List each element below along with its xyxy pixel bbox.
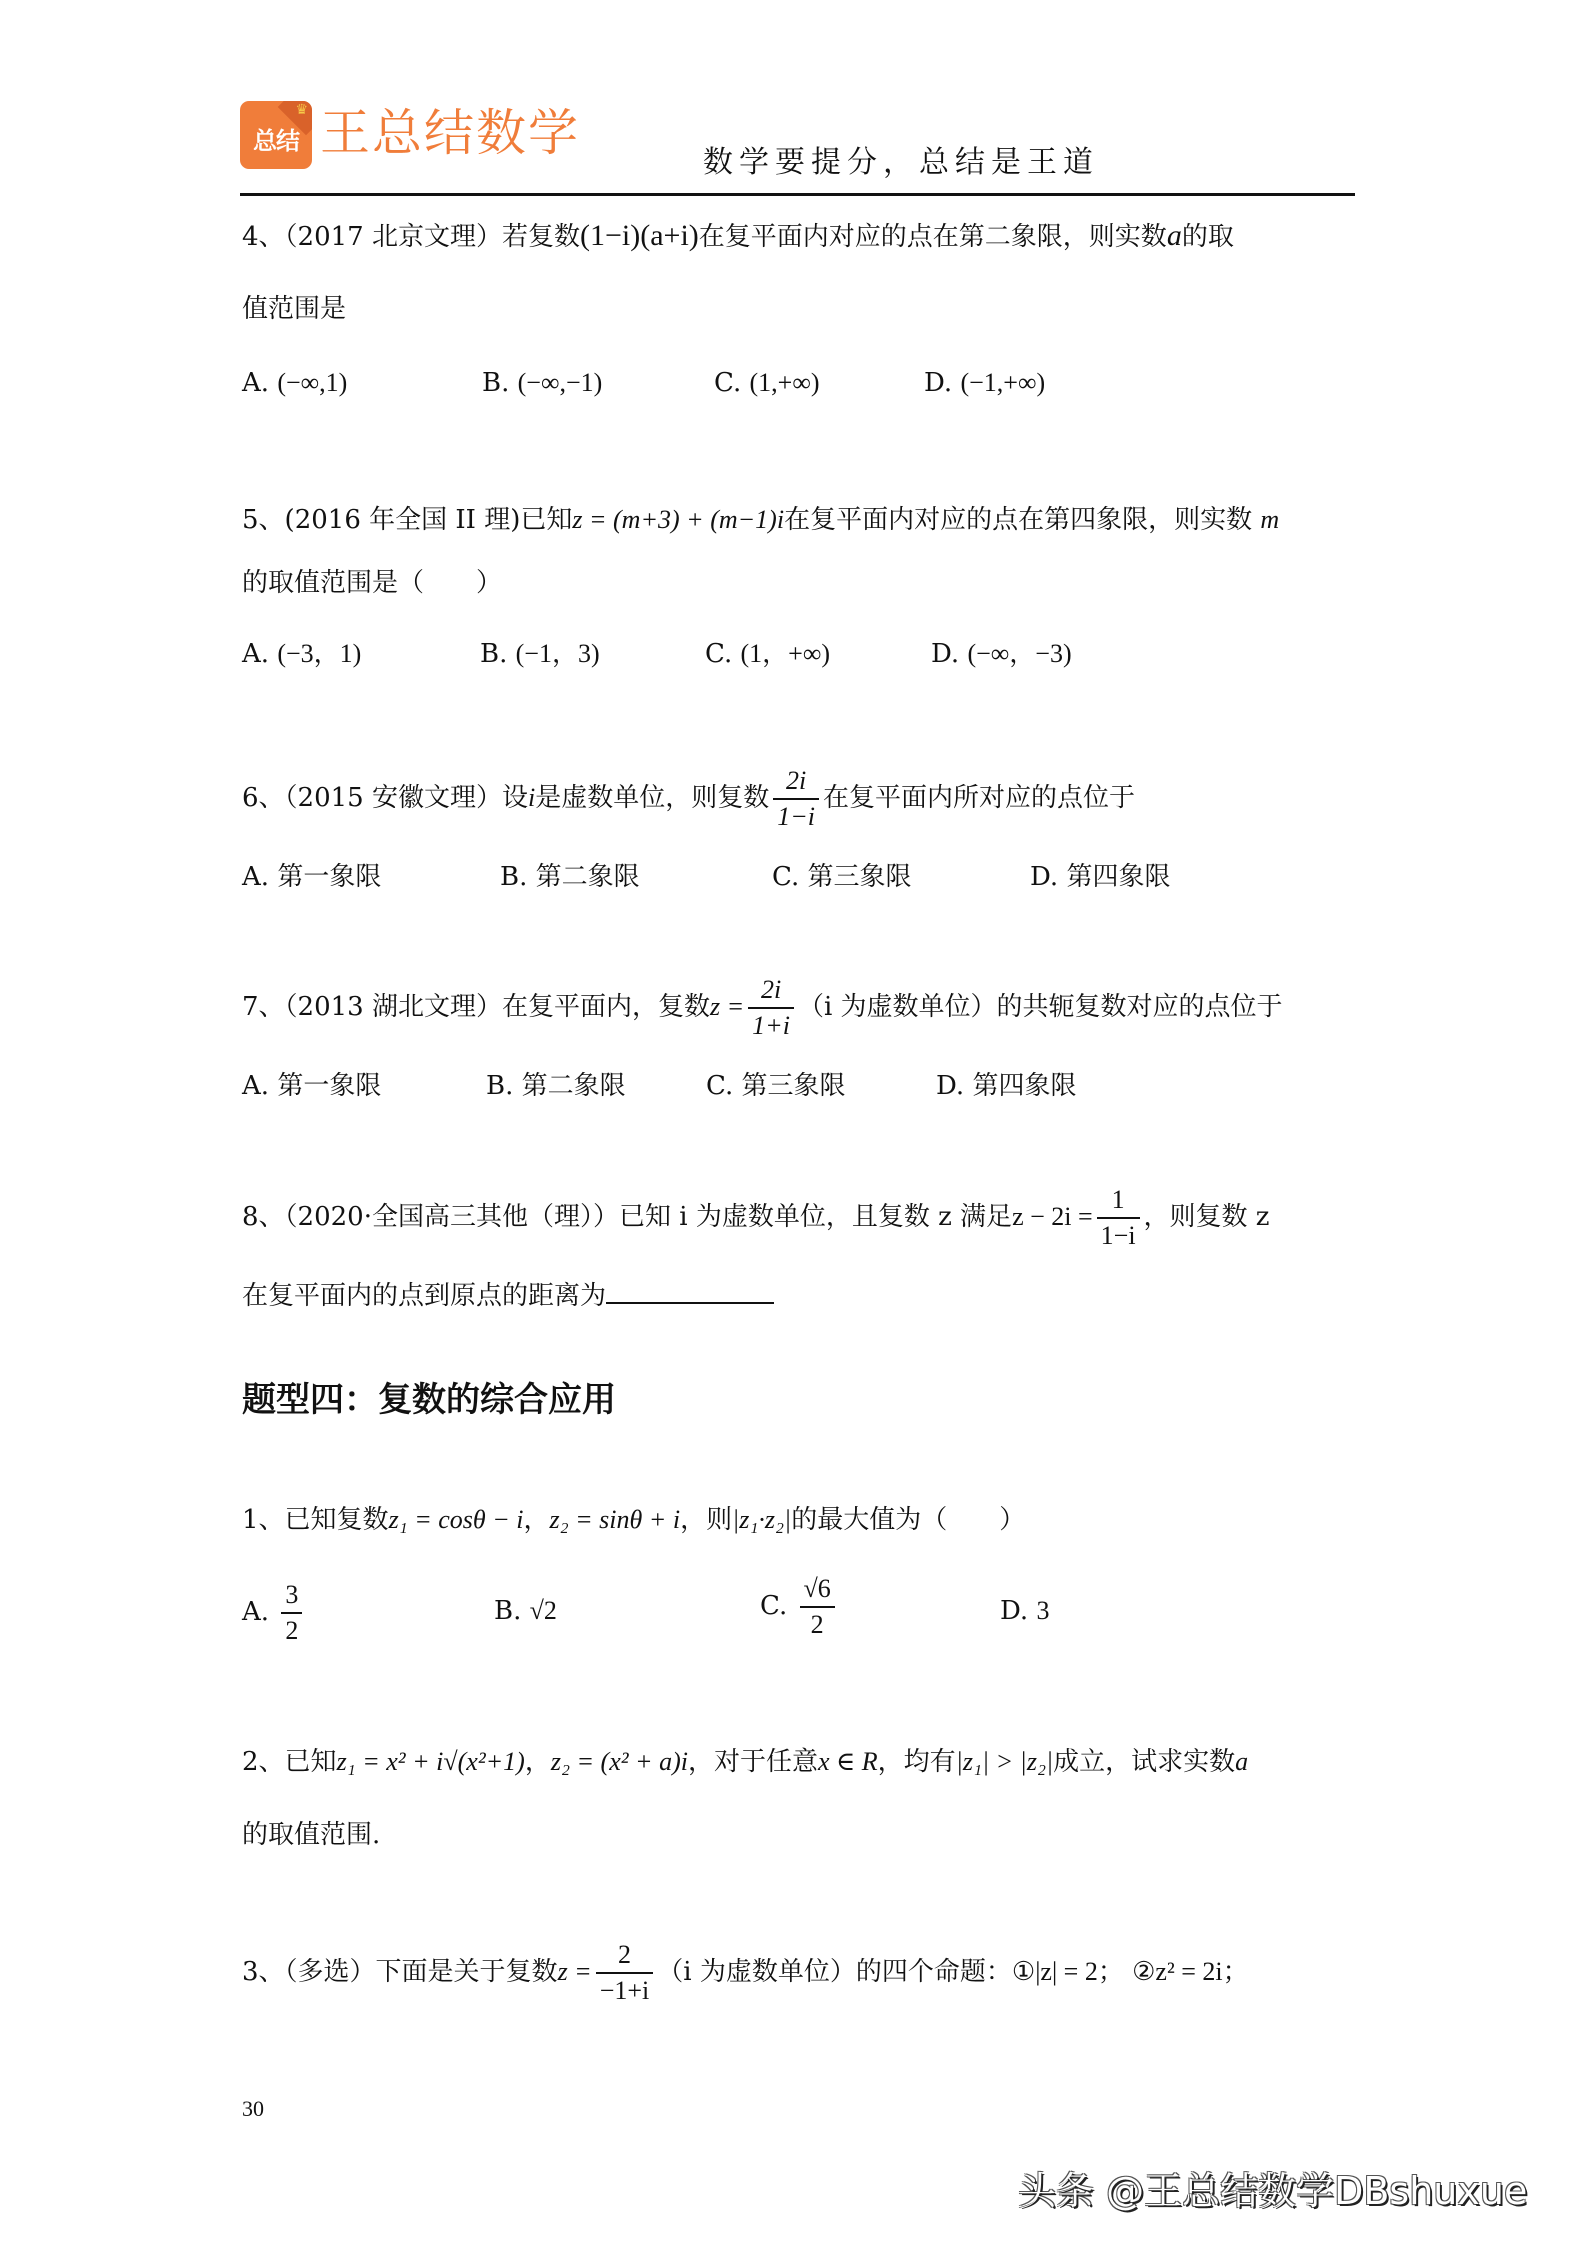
question-text: （i 为虚数单位）的四个命题： [657, 1957, 1012, 1987]
question-4-line2: 值范围是 [242, 292, 346, 326]
fraction: 32 [281, 1578, 302, 1648]
math-expression: |z₁·z₂| [732, 1505, 791, 1534]
question-text: 已知 [285, 1747, 337, 1777]
fraction-numerator: 2i [773, 764, 819, 800]
question-number: 6、 [242, 783, 285, 813]
option-a[interactable]: A. (−∞,1) [242, 366, 347, 400]
option-label: B. [486, 1071, 513, 1101]
question-text: 已知复数 [285, 1505, 389, 1535]
question-source: （2020·全国高三其他（理）） [285, 1202, 619, 1232]
option-value: (−∞,1) [277, 368, 347, 397]
option-c[interactable]: C. 第三象限 [706, 1069, 846, 1103]
option-label: B. [500, 862, 527, 892]
question-text: 若复数 [502, 222, 580, 252]
option-value: 3 [1036, 1596, 1049, 1625]
math-variable: a [1235, 1747, 1248, 1776]
option-value: (−1，3) [516, 639, 600, 668]
fraction-numerator: 2i [748, 973, 794, 1009]
option-c[interactable]: C. (1，+∞) [705, 637, 830, 671]
fraction: 2−1+i [596, 1938, 654, 2008]
question-text: 设 [502, 783, 528, 813]
question-8: 8、（2020·全国高三其他（理））已知 i 为虚数单位，且复数 z 满足z −… [242, 1183, 1270, 1253]
option-c[interactable]: C. √62 [760, 1572, 839, 1642]
section-heading: 题型四：复数的综合应用 [242, 1378, 616, 1422]
option-d[interactable]: D. (−∞，−3) [931, 637, 1072, 671]
fraction-numerator: 2 [596, 1938, 654, 1974]
question-text: 在复平面内的点到原点的距离为 [242, 1281, 606, 1311]
question-number: 1、 [242, 1505, 285, 1535]
question-source: （2013 湖北文理） [285, 992, 502, 1022]
option-value: 第一象限 [277, 1071, 381, 1101]
option-label: D. [1000, 1596, 1028, 1626]
fraction-numerator: 1 [1097, 1183, 1140, 1219]
option-label: D. [1030, 862, 1058, 892]
option-b[interactable]: B. (−∞,−1) [482, 366, 602, 400]
option-label: A. [242, 862, 269, 892]
section4-question-2: 2、已知z₁ = x² + i√(x²+1)，z₂ = (x² + a)i，对于… [242, 1745, 1248, 1779]
section4-question-3: 3、（多选）下面是关于复数z =2−1+i（i 为虚数单位）的四个命题：①|z|… [242, 1938, 1249, 2008]
fraction: 2i1−i [773, 764, 819, 834]
question-number: 7、 [242, 992, 285, 1022]
math-expression: z₂ = sinθ + i [549, 1505, 680, 1534]
option-value: 第一象限 [277, 862, 381, 892]
math-expression: z − 2i = [1012, 1202, 1093, 1231]
question-text: 的取 [1182, 222, 1234, 252]
brand-name: 王总结数学 [320, 103, 580, 163]
option-d[interactable]: D. (−1,+∞) [924, 366, 1045, 400]
section4-question-2-line2: 的取值范围. [242, 1818, 380, 1852]
option-value: (1,+∞) [750, 368, 820, 397]
question-text: 是虚数单位，则复数 [535, 783, 769, 813]
question-source: (2016 年全国 II 理) [285, 505, 521, 535]
math-expression: z = (m+3) + (m−1)i [572, 505, 784, 534]
option-label: C. [772, 862, 799, 892]
option-a[interactable]: A. 第一象限 [242, 860, 381, 894]
question-number: 5、 [242, 505, 285, 535]
option-label: A. [242, 639, 269, 669]
option-value: 第三象限 [742, 1071, 846, 1101]
math-expression: z₁ = x² + i√(x²+1) [337, 1747, 525, 1776]
question-text: ，则 [680, 1505, 732, 1535]
question-number: 8、 [242, 1202, 285, 1232]
option-label: D. [924, 368, 952, 398]
math-expression: |z₁| > |z₂| [956, 1747, 1053, 1776]
question-text: ，则复数 z [1144, 1202, 1270, 1232]
math-expression: z₂ = (x² + a)i [551, 1747, 688, 1776]
question-number: 3、 [242, 1957, 285, 1987]
option-value: √2 [530, 1596, 557, 1625]
option-label: D. [931, 639, 959, 669]
math-expression: z = [710, 992, 744, 1021]
logo-text: 总结 [240, 121, 312, 156]
option-d[interactable]: D. 第四象限 [936, 1069, 1076, 1103]
fraction-denominator: 1−i [1097, 1219, 1140, 1253]
math-expression: z = [558, 1957, 592, 1986]
option-label: A. [242, 1071, 269, 1101]
proposition-1: ①|z| = 2； [1012, 1957, 1124, 1986]
question-text: 已知 [520, 505, 572, 535]
fraction-denominator: 1+i [748, 1009, 794, 1043]
option-a[interactable]: A. 32 [242, 1578, 306, 1648]
option-label: B. [480, 639, 507, 669]
option-a[interactable]: A. 第一象限 [242, 1069, 381, 1103]
option-label: C. [706, 1071, 733, 1101]
fraction: 2i1+i [748, 973, 794, 1043]
question-text: 在复平面内对应的点在第二象限，则实数 [699, 222, 1167, 252]
question-text: ，对于任意 [688, 1747, 818, 1777]
fraction-denominator: 2 [281, 1614, 302, 1648]
fraction: √62 [800, 1572, 835, 1642]
option-value: (−3，1) [277, 639, 361, 668]
option-label: C. [705, 639, 732, 669]
question-8-line2: 在复平面内的点到原点的距离为 [242, 1276, 774, 1313]
question-4: 4、（2017 北京文理）若复数(1−i)(a+i)在复平面内对应的点在第二象限… [242, 219, 1234, 254]
math-variable: m [1260, 505, 1279, 534]
fraction-numerator: 3 [281, 1578, 302, 1614]
watermark: 头条 @王总结数学DBshuxue [1018, 2160, 1527, 2215]
fraction-denominator: −1+i [596, 1974, 654, 2008]
option-value: 第四象限 [972, 1071, 1076, 1101]
question-6: 6、（2015 安徽文理）设i是虚数单位，则复数2i1−i在复平面内所对应的点位… [242, 764, 1135, 834]
question-7: 7、（2013 湖北文理）在复平面内，复数z =2i1+i（i 为虚数单位）的共… [242, 973, 1283, 1043]
question-source: （2017 北京文理） [285, 222, 502, 252]
question-text: 在复平面内所对应的点位于 [823, 783, 1135, 813]
fraction-numerator: √6 [800, 1572, 835, 1608]
option-label: B. [482, 368, 509, 398]
fraction-denominator: 2 [800, 1608, 835, 1642]
proposition-2: ②z² = 2i； [1132, 1957, 1249, 1986]
option-d[interactable]: D. 第四象限 [1030, 860, 1170, 894]
option-label: C. [760, 1591, 787, 1621]
question-text: 成立，试求实数 [1053, 1747, 1235, 1777]
question-5-line2: 的取值范围是（ ） [242, 566, 502, 600]
question-text: 已知 i 为虚数单位，且复数 z 满足 [619, 1202, 1012, 1232]
question-text: ，均有 [878, 1747, 956, 1777]
document-page: ♛ 总结 王总结数学 数学要提分，总结是王道 4、（2017 北京文理）若复数(… [0, 0, 1587, 2245]
option-value: 第二象限 [536, 862, 640, 892]
option-label: A. [242, 1597, 269, 1627]
option-value: 第三象限 [808, 862, 912, 892]
math-expression: z₁ = cosθ − i [389, 1505, 524, 1534]
option-a[interactable]: A. (−3，1) [242, 637, 361, 671]
question-text: 的最大值为（ ） [791, 1505, 1025, 1535]
separator: ， [523, 1505, 549, 1535]
fraction: 11−i [1097, 1183, 1140, 1253]
section4-question-1: 1、已知复数z₁ = cosθ − i，z₂ = sinθ + i，则|z₁·z… [242, 1503, 1025, 1537]
math-variable: a [1167, 219, 1182, 252]
question-text: 在复平面内对应的点在第四象限，则实数 [784, 505, 1252, 535]
math-expression: x ∈ R [818, 1747, 878, 1776]
fraction-denominator: 1−i [773, 800, 819, 834]
option-label: D. [936, 1071, 964, 1101]
question-number: 4、 [242, 222, 285, 252]
option-b[interactable]: B. 第二象限 [500, 860, 640, 894]
slogan: 数学要提分，总结是王道 [703, 143, 1099, 183]
option-value: (−∞，−3) [967, 639, 1071, 668]
option-label: A. [242, 368, 269, 398]
question-text: （i 为虚数单位）的共轭复数对应的点位于 [798, 992, 1283, 1022]
option-value: 第二象限 [522, 1071, 626, 1101]
option-value: (1，+∞) [741, 639, 831, 668]
question-text: 在复平面内，复数 [502, 992, 710, 1022]
option-label: C. [714, 368, 741, 398]
page-number: 30 [242, 2096, 264, 2122]
option-b[interactable]: B. (−1，3) [480, 637, 600, 671]
option-value: (−∞,−1) [518, 368, 603, 397]
option-value: 第四象限 [1066, 862, 1170, 892]
answer-blank[interactable] [606, 1276, 774, 1304]
question-source: （2015 安徽文理） [285, 783, 502, 813]
header-divider [240, 193, 1355, 196]
option-c[interactable]: C. 第三象限 [772, 860, 912, 894]
option-d[interactable]: D. 3 [1000, 1594, 1049, 1628]
option-value: (−1,+∞) [960, 368, 1045, 397]
brand-logo: ♛ 总结 [240, 101, 312, 169]
option-b[interactable]: B. 第二象限 [486, 1069, 626, 1103]
crown-icon: ♛ [295, 103, 308, 117]
option-c[interactable]: C. (1,+∞) [714, 366, 820, 400]
question-number: 2、 [242, 1747, 285, 1777]
question-5: 5、(2016 年全国 II 理)已知z = (m+3) + (m−1)i在复平… [242, 503, 1279, 537]
option-b[interactable]: B. √2 [494, 1594, 557, 1628]
question-text: （多选）下面是关于复数 [285, 1957, 558, 1987]
math-expression: (1−i)(a+i) [580, 219, 699, 252]
option-label: B. [494, 1596, 521, 1626]
